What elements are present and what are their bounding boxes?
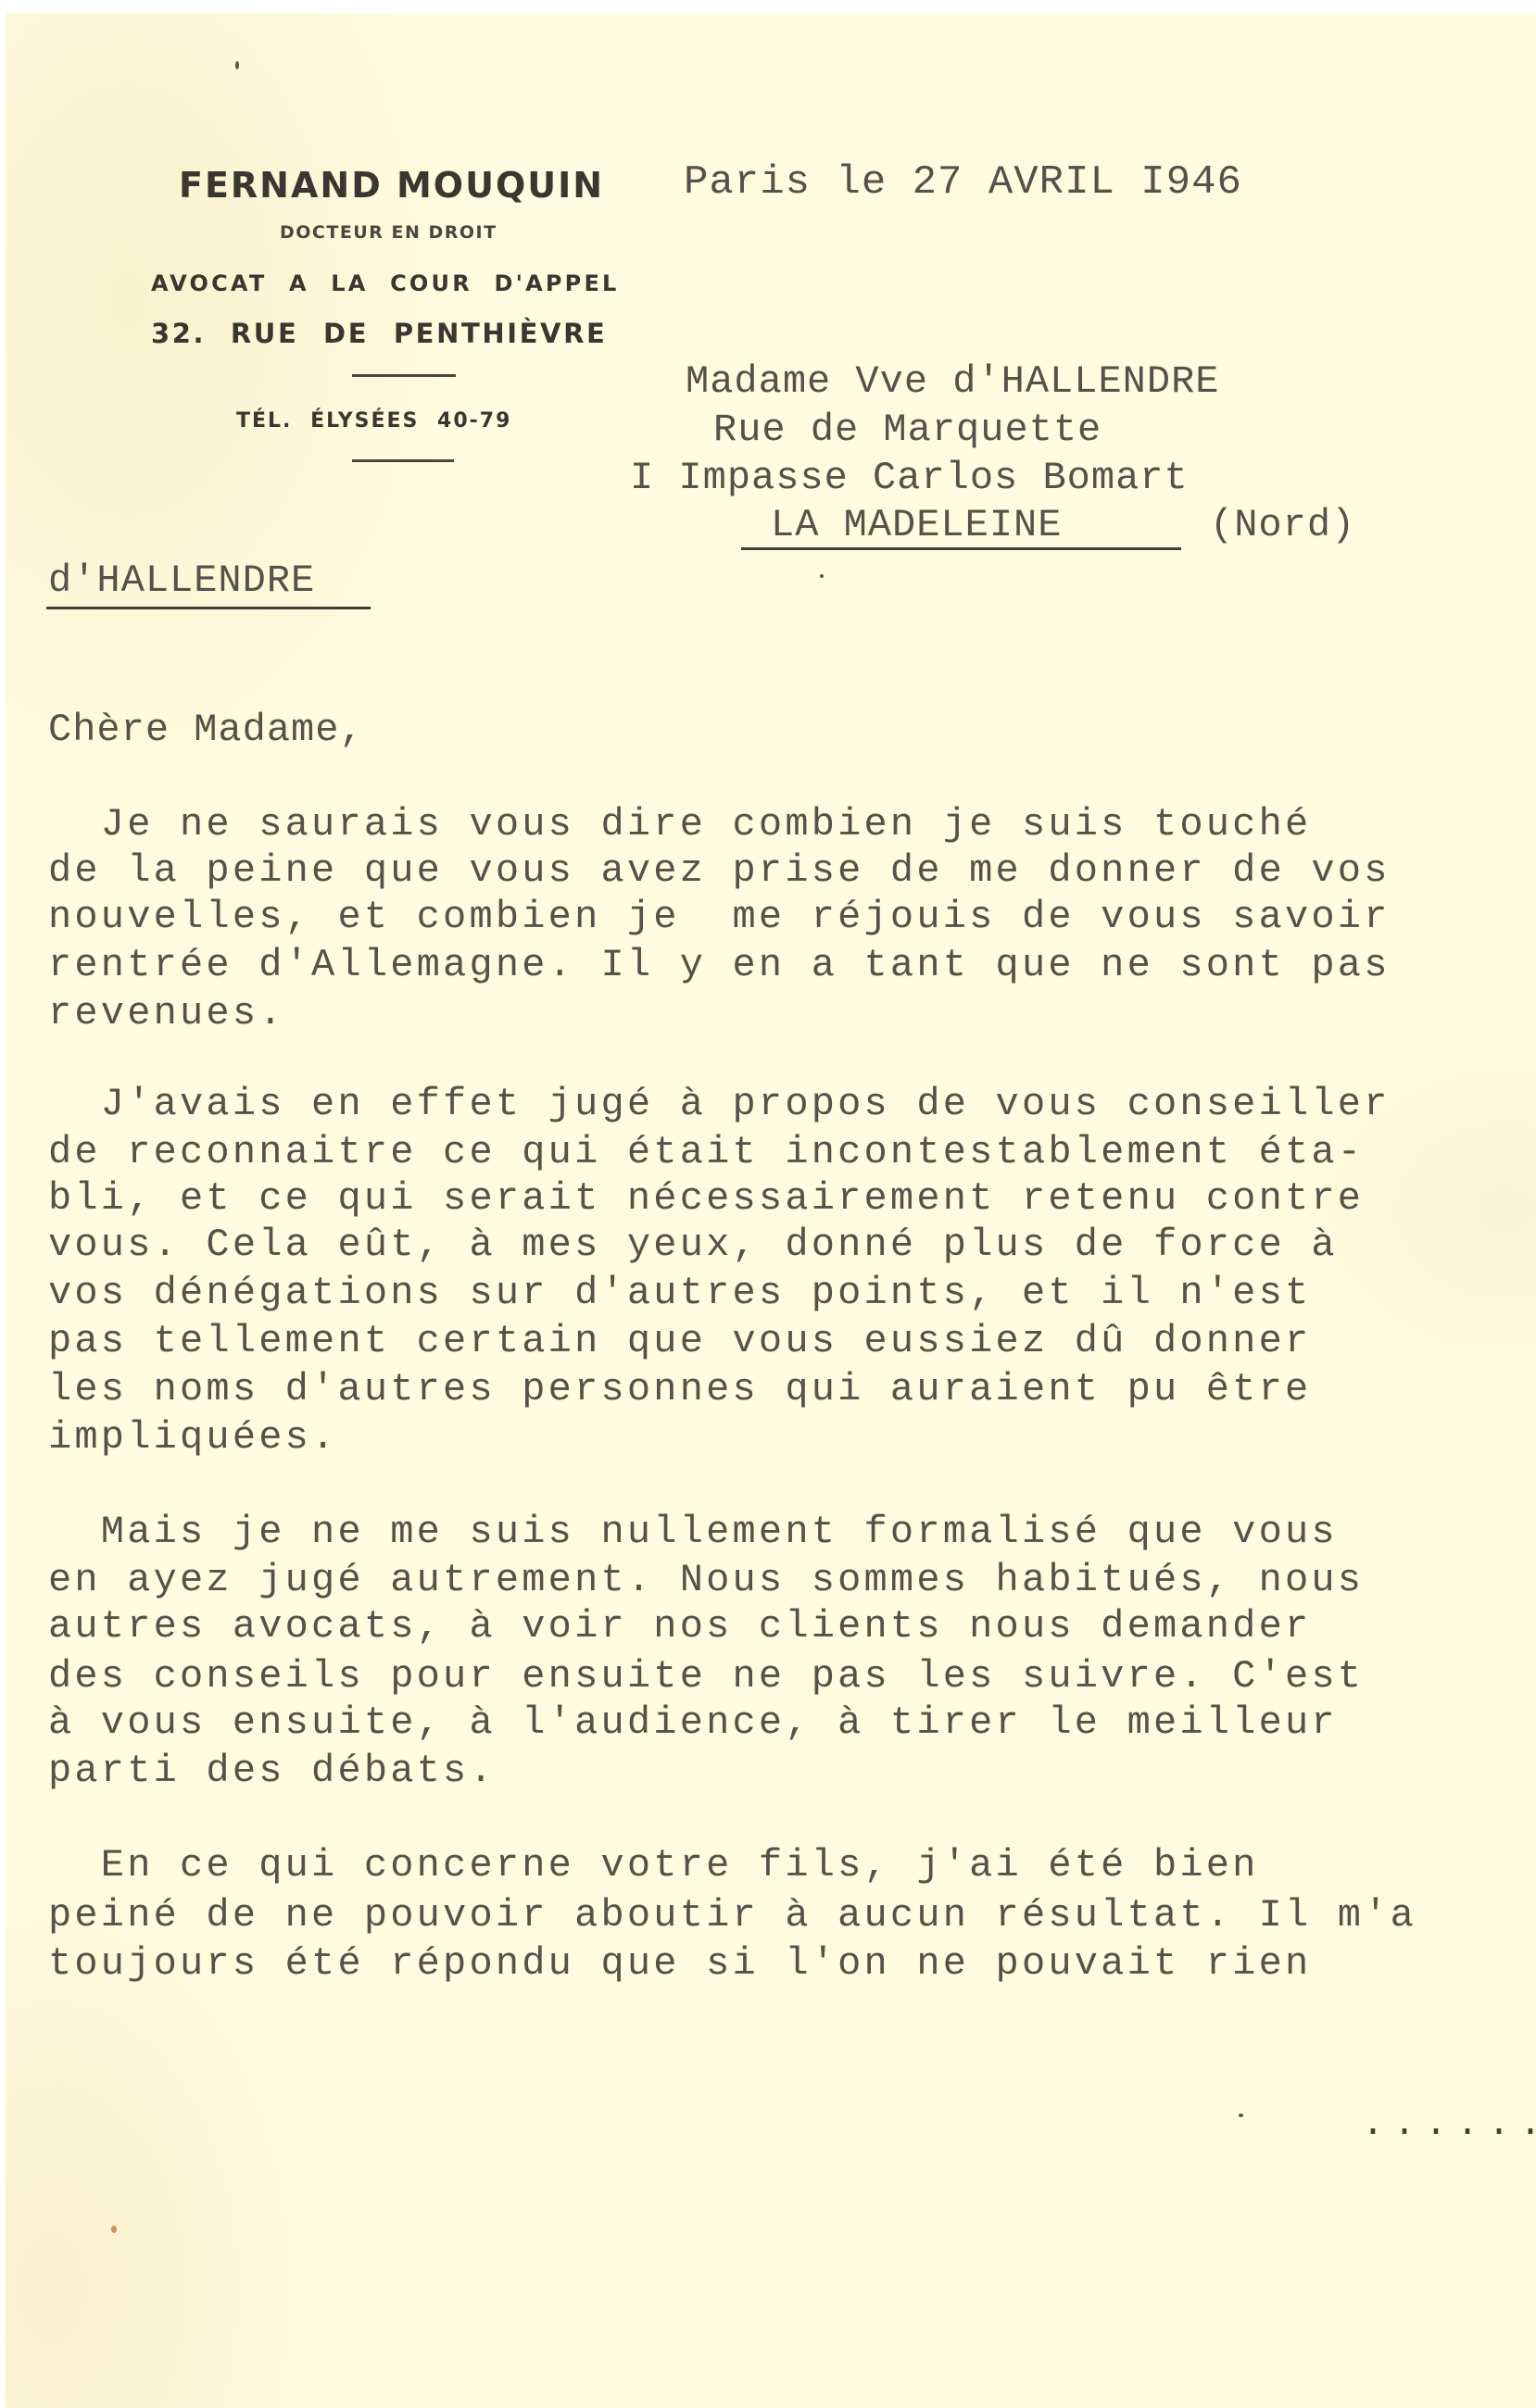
letterhead-telephone: TÉL. ÉLYSÉES 40-79 bbox=[236, 409, 511, 433]
body-line: En ce qui concerne votre fils, j'ai été … bbox=[48, 1843, 1259, 1888]
body-line: des conseils pour ensuite ne pas les sui… bbox=[48, 1654, 1364, 1699]
letterhead-address: 32. RUE DE PENTHIÈVRE bbox=[151, 318, 607, 349]
recipient-impasse: I Impasse Carlos Bomart bbox=[630, 456, 1189, 500]
city-underline bbox=[741, 547, 1181, 550]
recipient-city: LA MADELEINE bbox=[771, 503, 1062, 547]
body-line: les noms d'autres personnes qui auraient… bbox=[48, 1367, 1311, 1411]
paper-speck bbox=[111, 2226, 117, 2233]
paper-speck bbox=[235, 61, 239, 69]
recipient-street: Rue de Marquette bbox=[713, 408, 1102, 452]
body-line: parti des débats. bbox=[48, 1749, 496, 1793]
recipient-region: (Nord) bbox=[1210, 503, 1355, 547]
body-line: Mais je ne me suis nullement formalisé q… bbox=[48, 1510, 1338, 1554]
letterhead-name: FERNAND MOUQUIN bbox=[179, 165, 604, 206]
letterhead-profession: AVOCAT A LA COUR D'APPEL bbox=[151, 270, 620, 296]
paper-speck bbox=[1239, 2113, 1243, 2117]
salutation: Chère Madame, bbox=[48, 708, 364, 752]
body-line: vos dénégations sur d'autres points, et … bbox=[48, 1271, 1311, 1315]
body-line: bli, et ce qui serait nécessairement ret… bbox=[48, 1176, 1364, 1221]
body-line: à vous ensuite, à l'audience, à tirer le… bbox=[48, 1700, 1338, 1745]
reference-underline bbox=[46, 607, 371, 609]
body-line: toujours été répondu que si l'on ne pouv… bbox=[48, 1941, 1311, 1986]
body-line: vous. Cela eût, à mes yeux, donné plus d… bbox=[48, 1223, 1338, 1267]
paper-speck bbox=[820, 574, 824, 578]
letterhead-title: DOCTEUR EN DROIT bbox=[280, 222, 497, 243]
body-line: nouvelles, et combien je me réjouis de v… bbox=[48, 895, 1391, 939]
continuation-marker: ...... bbox=[1362, 2104, 1536, 2146]
body-line: de la peine que vous avez prise de me do… bbox=[48, 848, 1391, 893]
body-line: revenues. bbox=[48, 991, 285, 1035]
body-line: en ayez jugé autrement. Nous sommes habi… bbox=[48, 1558, 1364, 1602]
recipient-name: Madame Vve d'HALLENDRE bbox=[686, 359, 1220, 404]
date-line: Paris le 27 AVRIL I946 bbox=[684, 159, 1242, 206]
body-line: de reconnaitre ce qui était incontestabl… bbox=[48, 1130, 1364, 1174]
body-line: J'avais en effet jugé à propos de vous c… bbox=[48, 1082, 1391, 1126]
reference-line: d'HALLENDRE bbox=[48, 558, 315, 603]
letterhead-divider bbox=[352, 374, 456, 377]
body-line: impliquées. bbox=[48, 1415, 337, 1460]
body-line: autres avocats, à voir nos clients nous … bbox=[48, 1604, 1311, 1649]
body-line: Je ne saurais vous dire combien je suis … bbox=[48, 802, 1311, 847]
letterhead-divider bbox=[352, 459, 454, 462]
body-line: rentrée d'Allemagne. Il y en a tant que … bbox=[48, 943, 1391, 987]
body-line: pas tellement certain que vous eussiez d… bbox=[48, 1319, 1311, 1363]
body-line: peiné de ne pouvoir aboutir à aucun résu… bbox=[48, 1893, 1416, 1938]
